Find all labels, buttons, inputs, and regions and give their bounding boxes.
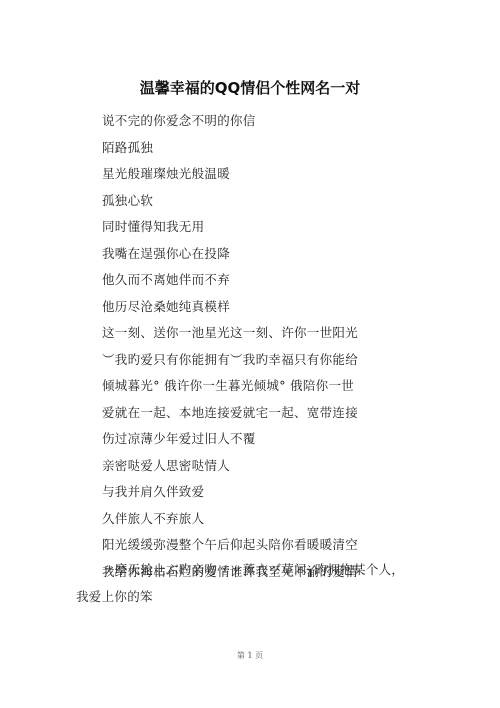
- text-line: 说不完的你爱念不明的你信: [102, 113, 422, 140]
- text-line: 他历尽沧桑她纯真模样: [102, 299, 422, 326]
- text-line: 星光般璀璨烛光般温暖: [102, 166, 422, 193]
- text-line: 爱就在一起、本地连接爱就宅一起、宽带连接: [102, 405, 422, 432]
- text-line: 他久而不离她伴而不弃: [102, 272, 422, 299]
- text-line: 伤过凉薄少年爱过旧人不覆: [102, 431, 422, 458]
- text-line: 亲密哒爱人思密哒情人: [102, 458, 422, 485]
- last-paragraph: ァ摩天轮上ぶ旳亲吻ゞァ薰衣ヅ草间┒旳拥抱某个人，我爱上你的笨: [76, 557, 416, 610]
- text-line: 孤独心软: [102, 193, 422, 220]
- text-line: ︶我旳爱只有你能拥有︶我旳幸福只有你能给: [102, 352, 422, 379]
- text-line: 陌路孤独: [102, 140, 422, 167]
- text-line: 我嘴在逞强你心在投降: [102, 246, 422, 273]
- text-line: 与我并肩久伴致爱: [102, 484, 422, 511]
- text-line: 久伴旅人不弃旅人: [102, 511, 422, 538]
- text-lines: 说不完的你爱念不明的你信 陌路孤独 星光般璀璨烛光般温暖 孤独心软 同时懂得知我…: [102, 113, 422, 590]
- text-line: 这一刻、送你一池星光这一刻、许你一世阳光: [102, 325, 422, 352]
- page-number: 第 1 页: [0, 650, 500, 661]
- text-line: 同时懂得知我无用: [102, 219, 422, 246]
- text-line: 倾城暮光° 俄许你一生暮光倾城° 俄陪你一世: [102, 378, 422, 405]
- document-title: 温馨幸福的QQ情侣个性网名一对: [0, 77, 500, 98]
